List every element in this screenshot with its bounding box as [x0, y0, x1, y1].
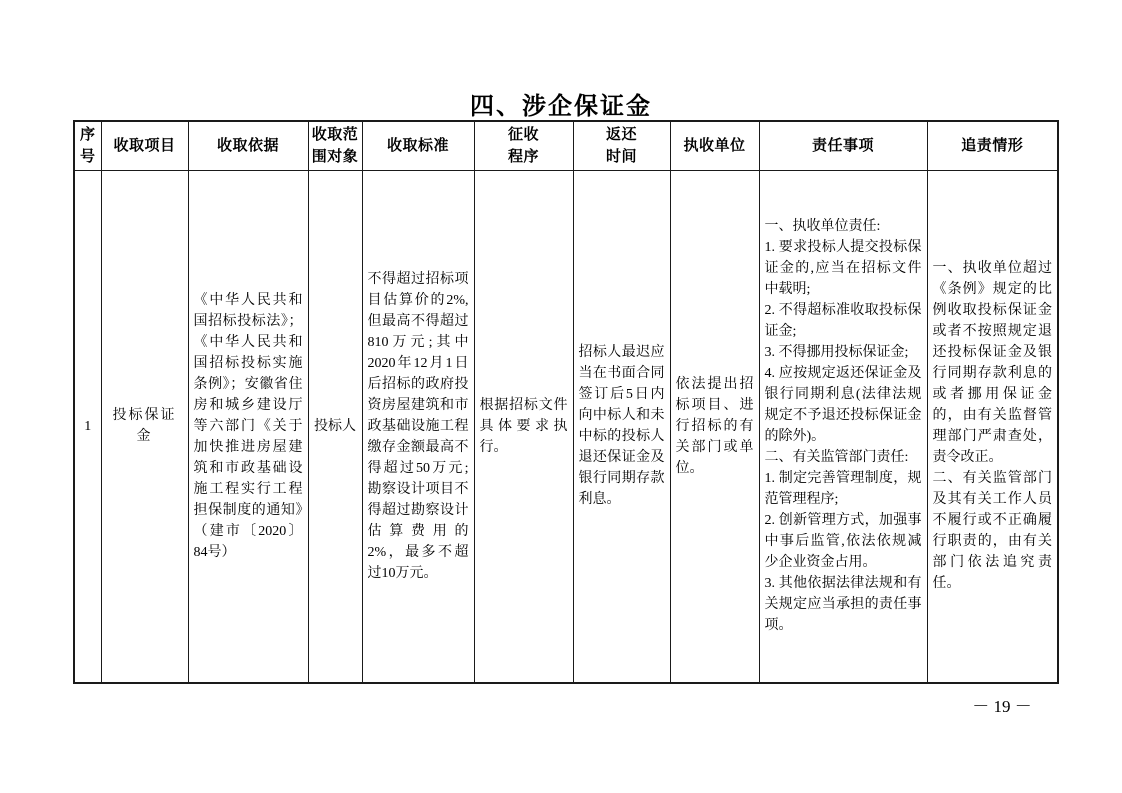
header-collecting-unit: 执收单位 — [670, 121, 759, 170]
header-accountability: 追责情形 — [927, 121, 1058, 170]
table-header-row: 序 号 收取项目 收取依据 收取范 围对象 收取标准 征收 程序 返还 时间 执… — [74, 121, 1058, 170]
section-title: 四、涉企保证金 — [0, 86, 1122, 121]
header-collection-item: 收取项目 — [101, 121, 188, 170]
header-return-time: 返还 时间 — [573, 121, 670, 170]
header-responsibilities: 责任事项 — [759, 121, 927, 170]
cell-scope-object: 投标人 — [308, 170, 362, 683]
header-collection-basis: 收取依据 — [188, 121, 308, 170]
header-collection-procedure: 征收 程序 — [474, 121, 573, 170]
cell-collection-procedure: 根据招标文件具体要求执行。 — [474, 170, 573, 683]
cell-collection-standard: 不得超过招标项目估算价的2%,但最高不得超过810万元;其中2020年12月1日… — [362, 170, 474, 683]
header-serial-number: 序 号 — [74, 121, 101, 170]
cell-responsibility-matters: 一、执收单位责任: 1. 要求投标人提交投标保证金的,应当在招标文件中载明; 2… — [759, 170, 927, 683]
deposit-table: 序 号 收取项目 收取依据 收取范 围对象 收取标准 征收 程序 返还 时间 执… — [73, 120, 1059, 684]
cell-collection-basis: 《中华人民共和国招标投标法》；《中华人民共和国招标投标实施条例》；安徽省住房和城… — [188, 170, 308, 683]
cell-serial-number: 1 — [74, 170, 101, 683]
page-number: － 19 － — [952, 692, 1052, 717]
table-row: 1 投标保证金 《中华人民共和国招标投标法》；《中华人民共和国招标投标实施条例》… — [74, 170, 1058, 683]
cell-collection-item: 投标保证金 — [101, 170, 188, 683]
cell-collecting-unit: 依法提出招标项目、进行招标的有关部门或单位。 — [670, 170, 759, 683]
header-scope-object: 收取范 围对象 — [308, 121, 362, 170]
header-collection-standard: 收取标准 — [362, 121, 474, 170]
cell-return-time: 招标人最迟应当在书面合同签订后5日内向中标人和未中标的投标人退还保证金及银行同期… — [573, 170, 670, 683]
cell-accountability: 一、执收单位超过《条例》规定的比例收取投标保证金或者不按照规定退还投标保证金及银… — [927, 170, 1058, 683]
document-page: 四、涉企保证金 序 号 收取项目 收取依据 收取范 围对象 收取标准 征收 程序… — [0, 0, 1122, 793]
